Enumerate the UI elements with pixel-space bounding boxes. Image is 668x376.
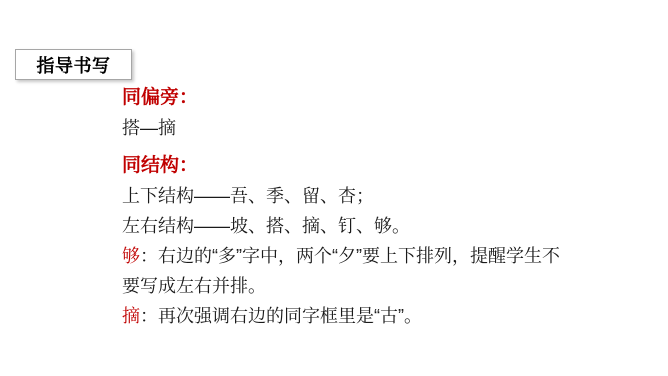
text-line-gou-note: 够：右边的“多”字中，两个“夕”要上下排列，提醒学生不 [122, 241, 642, 271]
text-line-top-bottom-structure: 上下结构——吾、季、留、杏； [122, 181, 642, 211]
subheading-same-radical: 同偏旁： [122, 83, 642, 113]
zhai-colon: ： [140, 306, 158, 326]
text-line-left-right-structure: 左右结构——坡、搭、摘、钉、够。 [122, 211, 642, 241]
zhai-note-text: 再次强调右边的同字框里是“古”。 [158, 306, 422, 326]
section-title: 指导书写 [37, 52, 111, 78]
text-line-radical-pair: 搭—摘 [122, 113, 642, 143]
text-line-gou-note-wrap: 要写成左右并排。 [122, 271, 642, 301]
slide-canvas: 指导书写 同偏旁： 搭—摘 同结构： 上下结构——吾、季、留、杏； 左右结构——… [0, 0, 668, 376]
text-line-zhai-note: 摘：再次强调右边的同字框里是“古”。 [122, 301, 642, 331]
gou-character-highlight: 够 [122, 246, 140, 266]
content-block: 同偏旁： 搭—摘 同结构： 上下结构——吾、季、留、杏； 左右结构——坡、搭、摘… [122, 83, 642, 331]
gou-colon: ： [140, 246, 158, 266]
gou-note-text: 右边的“多”字中，两个“夕”要上下排列，提醒学生不 [158, 246, 560, 266]
subheading-same-structure: 同结构： [122, 151, 642, 181]
section-title-box: 指导书写 [15, 49, 132, 80]
zhai-character-highlight: 摘 [122, 306, 140, 326]
